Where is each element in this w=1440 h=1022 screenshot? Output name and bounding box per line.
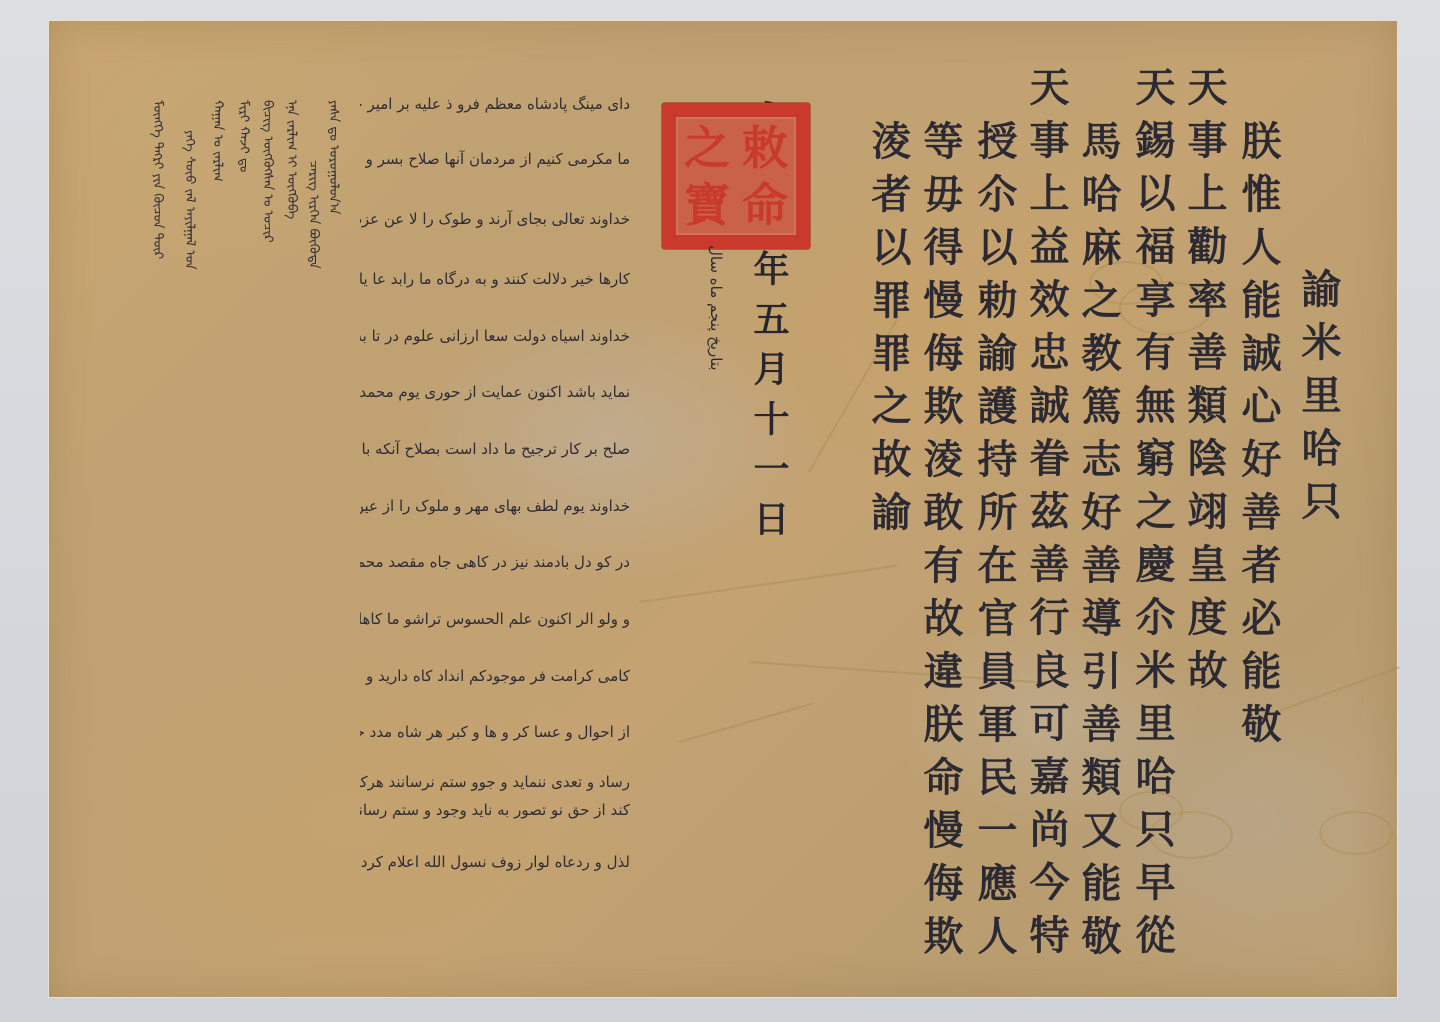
persian-line: دای مینگ پادشاه معظم فرو ذ عليه بر امير … <box>360 95 630 113</box>
persian-line: کامی کرامت فر موجودکم انداد کاه داريد و … <box>360 667 630 685</box>
chinese-column-4: 馬哈麻之教篤志好善導引善類又能敬 <box>1078 120 1118 968</box>
persian-line: لذل و ردعاه لوار زوف نسول الله اعلام کرد… <box>360 853 630 871</box>
persian-date-note: بتاريخ پنجم ماه سال <box>707 245 725 371</box>
seal-char-4: 寶 <box>678 176 736 233</box>
chinese-column-1: 朕惟人能誠心好善者必能敬 <box>1238 120 1278 756</box>
persian-line: کند از حق نو تصور به ناید وجود و ستم رسا… <box>360 801 630 819</box>
persian-line: خداوند تعالی بجای آرند و طوک را لا عن عز… <box>360 210 630 228</box>
chinese-column-2: 天事上勸率善類陰翊皇度故 <box>1184 66 1224 702</box>
persian-line: ما مکرمی کنيم از مردمان آنها صلاح بسر و … <box>360 150 630 168</box>
mongolian-column-8: ᠶᠠᠰᠠ ᠳᠤ ᠣᠷᠣᠭᠤᠯᠤᠨ᠎ᠠ <box>322 100 345 215</box>
address-column: 諭米里哈只 <box>1298 268 1338 533</box>
mongolian-column-4: ᠮᠢᠷᠢ ᠬᠠᠵᠢ ᠳᠤ <box>232 100 255 172</box>
persian-line: صلح بر کار ترجيح ما داد است بصلاح آنکه ب… <box>360 440 630 458</box>
chinese-column-5: 天事上益效忠誠眷茲善行良可嘉尚今特 <box>1026 66 1066 967</box>
mongolian-column-2: ᠶᠡᠬᠡ ᠰᠦᠦ ᠵᠠᠯ ᠠᠶᠢᠯᠭᠠᠯ ᠤᠨ <box>178 130 201 270</box>
dragon-line <box>679 702 814 743</box>
dragon-line <box>639 565 897 603</box>
mongolian-column-1: ᠮᠥᠩᠬᠡ ᠲᠩᠷᠢ ᠶᠢᠨ ᠬᠦᠴᠦᠨ ᠳᠦᠷ <box>146 100 169 259</box>
chinese-column-7: 等毋得慢侮欺淩敢有故違朕命慢侮欺 <box>920 120 960 968</box>
persian-line: خداوند يوم لطف بهای مهر و ملوک را از عين… <box>360 497 630 515</box>
chinese-column-3: 天錫以福享有無窮之慶尒米里哈只早從 <box>1132 66 1172 967</box>
chinese-column-8: 淩者以罪罪之故諭 <box>868 120 908 544</box>
persian-line: در کو دل بادمند نيز در کاهی جاه مقصد محم… <box>360 553 630 571</box>
imperial-seal: 敕 命 之 寶 <box>662 103 810 249</box>
persian-line: نمايد باشد اکنون عمايت از حوری يوم محمد … <box>360 383 630 401</box>
persian-line: کارها خير دلالت کنند و به درگاه ما رابد … <box>360 270 630 288</box>
persian-line: رساد و تعدی ننمايد و جوو ستم نرسانند هرک… <box>360 773 630 791</box>
seal-char-2: 命 <box>736 176 794 233</box>
mongolian-column-3: ᠬᠠᠭᠠᠨ ᠤ ᠵᠠᠷᠯᠢᠭ <box>206 100 229 182</box>
seal-char-3: 之 <box>678 119 736 176</box>
persian-line: و ولو الر اکنون علم الحسوس تراشو ما کاها <box>360 610 630 628</box>
cloud-motif <box>1319 811 1393 855</box>
chinese-column-6: 授尒以勅諭護持所在官員軍民一應人 <box>974 120 1014 968</box>
mongolian-column-6: ᠡᠨᠡ ᠵᠠᠷᠯᠢᠭ ᠢ ᠦᠭᠭᠦᠪᠡ <box>280 100 303 219</box>
persian-line: خداوند اسياه دولت سعا ارزانی علوم در تا … <box>360 327 630 345</box>
seal-char-1: 敕 <box>736 119 794 176</box>
persian-line: از احوال و عسا کر و ها و کبر هر شاه مدد … <box>360 723 630 741</box>
mongolian-column-5: ᠪᠢᠴᠢᠭ ᠦᠭᠭᠦᠭᠰᠡᠨ ᠤ ᠤᠴᠢᠷ <box>256 100 279 243</box>
